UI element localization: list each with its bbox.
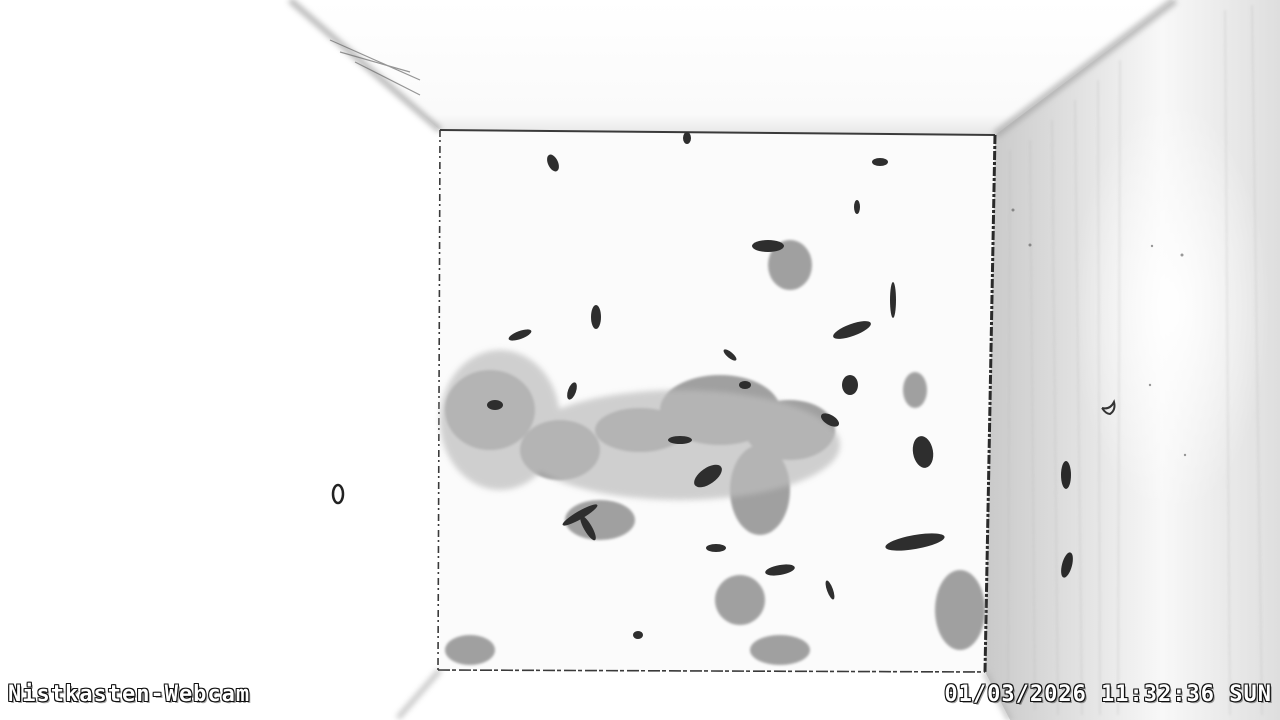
- osd-camera-title: Nistkasten-Webcam: [8, 680, 250, 710]
- osd-timestamp: 01/03/2026 11:32:36 SUN: [944, 680, 1272, 710]
- nest-box-scene: [0, 0, 1280, 720]
- webcam-feed: Nistkasten-Webcam 01/03/2026 11:32:36 SU…: [0, 0, 1280, 720]
- left-wall: [0, 0, 440, 720]
- bottom-wall: [395, 670, 1010, 720]
